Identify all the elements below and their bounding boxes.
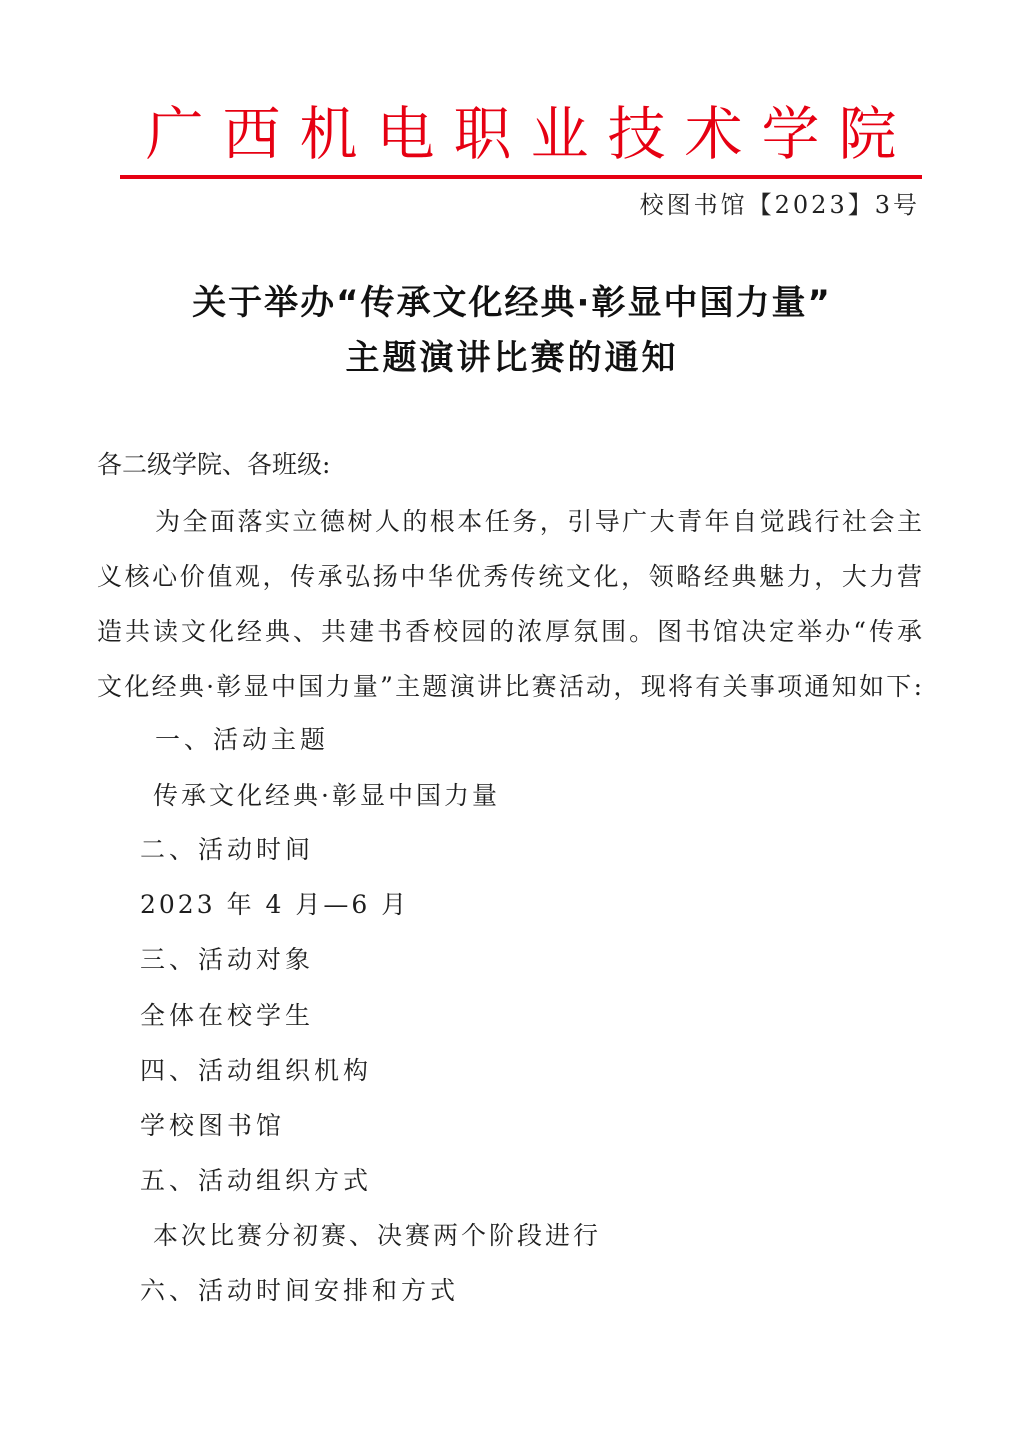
- intro-line: 文化经典·彰显中国力量”主题演讲比赛活动，现将有关事项通知如下:: [97, 667, 922, 707]
- section-heading: 四、活动组织机构: [140, 1051, 372, 1091]
- section-heading: 六、活动时间安排和方式: [140, 1271, 459, 1311]
- section-heading: 三、活动对象: [140, 940, 314, 980]
- intro-line: 为全面落实立德树人的根本任务，引导广大青年自觉践行社会主: [155, 502, 922, 542]
- red-header-rule: [120, 175, 922, 179]
- section-content: 学校图书馆: [140, 1106, 285, 1146]
- section-content: 2023 年 4 月—6 月: [140, 885, 409, 925]
- section-heading: 一、活动主题: [155, 720, 329, 760]
- notice-title-line-1: 关于举办“传承文化经典·彰显中国力量”: [0, 281, 1024, 325]
- section-content: 传承文化经典·彰显中国力量: [153, 776, 500, 816]
- salutation: 各二级学院、各班级:: [97, 445, 330, 485]
- section-heading: 五、活动组织方式: [140, 1161, 372, 1201]
- section-content: 全体在校学生: [140, 996, 314, 1036]
- section-content: 本次比赛分初赛、决赛两个阶段进行: [153, 1216, 601, 1256]
- organization-name: 广西机电职业技术学院: [120, 96, 922, 172]
- document-number: 校图书馆【2023】3号: [640, 188, 920, 222]
- section-heading: 二、活动时间: [140, 830, 314, 870]
- notice-title-line-2: 主题演讲比赛的通知: [0, 336, 1024, 380]
- intro-line: 义核心价值观，传承弘扬中华优秀传统文化，领略经典魅力，大力营: [97, 557, 922, 597]
- intro-line: 造共读文化经典、共建书香校园的浓厚氛围。图书馆决定举办“传承: [97, 612, 922, 652]
